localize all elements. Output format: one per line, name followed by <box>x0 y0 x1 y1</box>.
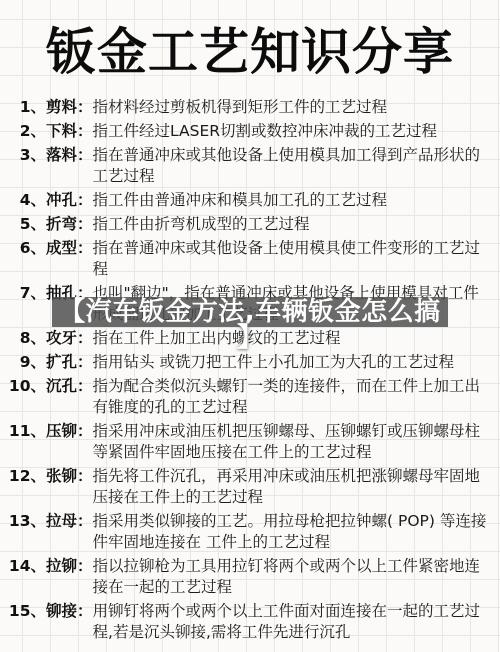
item-term: 落料： <box>46 145 93 166</box>
list-item: 3、 落料： 指在普通冲床或其他设备上使用模具加工得到产品形状的工艺过程 <box>8 145 494 187</box>
item-term: 沉孔： <box>46 376 93 397</box>
process-list: 1、 剪料： 指材料经过剪板机得到矩形工件的工艺过程 2、 下料： 指工件经过L… <box>8 97 494 646</box>
list-item: 15、 铆接： 用铆钉将两个或两个以上工件面对面连接在一起的工艺过程,若是沉头铆… <box>8 601 494 643</box>
item-definition: 指在普通冲床或其他设备上使用模具加工得到产品形状的工艺过程 <box>93 145 494 187</box>
item-number: 10、 <box>8 376 46 397</box>
list-item: 10、 沉孔： 指为配合类似沉头螺钉一类的连接件，而在工件上加工出有锥度的孔的工… <box>8 376 494 418</box>
list-item: 12、 张铆： 指先将工件沉孔，再采用冲床或油压机把涨铆螺母牢固地压接在工件上的… <box>8 466 494 508</box>
list-item: 1、 剪料： 指材料经过剪板机得到矩形工件的工艺过程 <box>8 97 494 118</box>
item-term: 冲孔： <box>46 190 93 211</box>
item-definition: 指为配合类似沉头螺钉一类的连接件，而在工件上加工出有锥度的孔的工艺过程 <box>93 376 494 418</box>
item-number: 15、 <box>8 601 46 622</box>
item-term: 张铆： <box>46 466 93 487</box>
item-number: 14、 <box>8 556 46 577</box>
item-definition: 指在工件上加工出内螺纹的工艺过程 <box>93 328 494 349</box>
item-number: 9、 <box>8 352 46 373</box>
list-item: 2、 下料： 指工件经过LASER切割或数控冲床冲裁的工艺过程 <box>8 121 494 142</box>
list-item: 13、 拉母： 指采用类似铆接的工艺。用拉母枪把拉钟螺( POP) 等连接件牢固… <box>8 511 494 553</box>
item-term: 压铆： <box>46 421 93 442</box>
item-term: 拉铆： <box>46 556 93 577</box>
item-definition: 指工件由折弯机成型的工艺过程 <box>93 214 494 235</box>
item-definition: 指以拉铆枪为工具用拉钉将两个或两个以上工件紧密地连接在一起的工艺过程 <box>93 556 494 598</box>
item-number: 6、 <box>8 238 46 259</box>
list-item: 8、 攻牙： 指在工件上加工出内螺纹的工艺过程 <box>8 328 494 349</box>
item-definition: 指采用类似铆接的工艺。用拉母枪把拉钟螺( POP) 等连接件牢固地连接在 工件上… <box>93 511 494 553</box>
item-number: 4、 <box>8 190 46 211</box>
list-item: 4、 冲孔： 指工件由普通冲床和模具加工孔的工艺过程 <box>8 190 494 211</box>
item-definition: 指材料经过剪板机得到矩形工件的工艺过程 <box>93 97 494 118</box>
page: 钣金工艺知识分享 1、 剪料： 指材料经过剪板机得到矩形工件的工艺过程 2、 下… <box>0 0 500 652</box>
item-number: 2、 <box>8 121 46 142</box>
item-number: 12、 <box>8 466 46 487</box>
page-title: 钣金工艺知识分享 <box>0 12 500 84</box>
item-definition: 用铆钉将两个或两个以上工件面对面连接在一起的工艺过程,若是沉头铆接,需将工件先进… <box>93 601 494 643</box>
item-number: 5、 <box>8 214 46 235</box>
item-number: 11、 <box>8 421 46 442</box>
item-definition: 指用钻头 或铣刀把工件上小孔加工为大孔的工艺过程 <box>93 352 494 373</box>
item-term: 折弯： <box>46 214 93 235</box>
item-number: 3、 <box>8 145 46 166</box>
item-number: 8、 <box>8 328 46 349</box>
item-term: 拉母： <box>46 511 93 532</box>
item-term: 攻牙： <box>46 328 93 349</box>
item-number: 7、 <box>8 283 46 304</box>
item-definition: 也叫"翻边"，指在普通冲床或其他设备上使用模具对工件形成翻边孔的加工工艺过程 <box>93 283 494 325</box>
item-number: 13、 <box>8 511 46 532</box>
item-term: 下料： <box>46 121 93 142</box>
item-definition: 指工件经过LASER切割或数控冲床冲裁的工艺过程 <box>93 121 494 142</box>
item-term: 扩孔： <box>46 352 93 373</box>
list-item: 14、 拉铆： 指以拉铆枪为工具用拉钉将两个或两个以上工件紧密地连接在一起的工艺… <box>8 556 494 598</box>
item-term: 抽孔： <box>46 283 93 304</box>
item-definition: 指采用冲床或油压机把压铆螺母、压铆螺钉或压铆螺母柱等紧固件牢固地压接在工件上的工… <box>93 421 494 463</box>
list-item: 5、 折弯： 指工件由折弯机成型的工艺过程 <box>8 214 494 235</box>
item-number: 1、 <box>8 97 46 118</box>
list-item: 9、 扩孔： 指用钻头 或铣刀把工件上小孔加工为大孔的工艺过程 <box>8 352 494 373</box>
list-item: 11、 压铆： 指采用冲床或油压机把压铆螺母、压铆螺钉或压铆螺母柱等紧固件牢固地… <box>8 421 494 463</box>
list-item: 7、 抽孔： 也叫"翻边"，指在普通冲床或其他设备上使用模具对工件形成翻边孔的加… <box>8 283 494 325</box>
item-term: 成型： <box>46 238 93 259</box>
item-term: 剪料： <box>46 97 93 118</box>
item-definition: 指先将工件沉孔，再采用冲床或油压机把涨铆螺母牢固地压接在工件上的工艺过程 <box>93 466 494 508</box>
item-definition: 指在普通冲床或其他设备上使用模具使工件变形的工艺过程 <box>93 238 494 280</box>
list-item: 6、 成型： 指在普通冲床或其他设备上使用模具使工件变形的工艺过程 <box>8 238 494 280</box>
item-term: 铆接： <box>46 601 93 622</box>
item-definition: 指工件由普通冲床和模具加工孔的工艺过程 <box>93 190 494 211</box>
